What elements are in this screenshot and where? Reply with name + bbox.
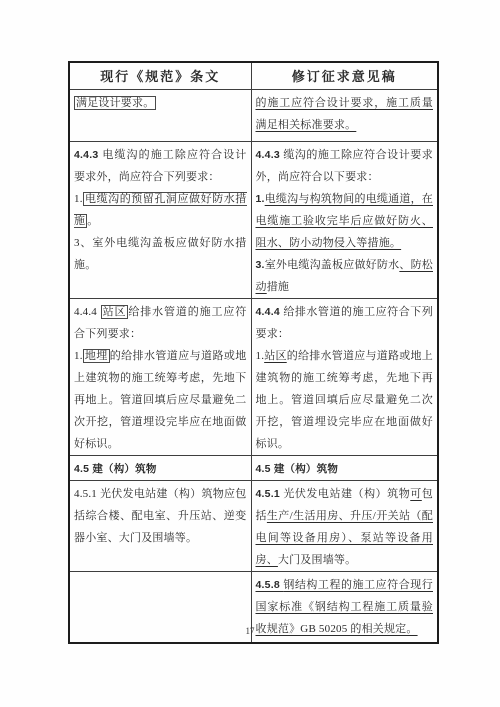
column-header-revised: 修订征求意见稿 <box>251 62 438 89</box>
paragraph: 1.地埋的给排水管道应与道路或地上建筑物的施工统筹考虑，先地下再地上。管道回填后… <box>74 345 247 455</box>
column-header-current: 现行《规范》条文 <box>69 62 251 89</box>
text-run: 4.5 <box>74 463 92 475</box>
text-run: 大门及围墙等。 <box>278 554 356 566</box>
cell-current: 4.4.3 电缆沟的施工除应符合设计要求外，尚应符合下列要求：1.电缆沟的预留孔… <box>69 141 251 298</box>
text-run: 4.4.3 <box>74 149 102 161</box>
page-number: 17 <box>0 626 500 636</box>
paragraph: 3、室外电缆沟盖板应做好防水措施。 <box>74 232 247 276</box>
text-run: 光伏发电站建（构）筑物应包括综合楼、配电室、升压站、逆变器小室、大门及围墙等。 <box>74 488 247 544</box>
paragraph: 3.室外电缆沟盖板应做好防水、防松动措施 <box>256 254 434 298</box>
paragraph: 4.5.1 光伏发电站建（构）筑物可包括生产/生活用房、升压/开关站（配电间等设… <box>256 483 434 571</box>
table-row: 4.5.1 光伏发电站建（构）筑物应包括综合楼、配电室、升压站、逆变器小室、大门… <box>69 480 438 571</box>
text-run: 4.5.1 <box>256 488 284 500</box>
cell-current: 4.5.1 光伏发电站建（构）筑物应包括综合楼、配电室、升压站、逆变器小室、大门… <box>69 480 251 571</box>
table-header-row: 现行《规范》条文 修订征求意见稿 <box>69 62 438 89</box>
text-run: 措施 <box>267 281 289 293</box>
text-run: 3. <box>256 259 265 271</box>
cell-revised: 4.4.4 给排水管道的施工应符合下列要求：1.站区的给排水管道应与道路或地上建… <box>251 298 438 455</box>
cell-current: 4.5 建（构）筑物 <box>69 455 251 480</box>
comparison-table: 现行《规范》条文 修订征求意见稿 满足设计要求。的施工应符合设计要求，施工质量满… <box>68 61 439 644</box>
paragraph: 4.5 建（构）筑物 <box>74 458 247 480</box>
cell-revised: 4.4.3 缆沟的施工除应符合设计要求外，尚应符合以下要求：1.电缆沟与构筑物间… <box>251 141 438 298</box>
text-run: 站区 <box>264 350 287 362</box>
table-row: 4.4.4 站区给排水管道的施工应符合下列要求：1.地埋的给排水管道应与道路或地… <box>69 298 438 455</box>
table-row: 4.4.3 电缆沟的施工除应符合设计要求外，尚应符合下列要求：1.电缆沟的预留孔… <box>69 141 438 298</box>
text-run: 。 <box>87 215 98 227</box>
text-run: 的给排水管道应与道路或地上建筑物的施工统筹考虑，先地下再地上。管道回填后应尽量避… <box>256 350 434 450</box>
text-run: 光伏发电站建（构）筑物 <box>283 488 410 500</box>
text-run: 满足设计要求。 <box>74 96 156 110</box>
cell-current: 满足设计要求。 <box>69 89 251 141</box>
text-run: 1. <box>256 193 265 205</box>
text-run: 可 <box>410 488 422 500</box>
text-run: 站区 <box>101 305 129 319</box>
text-run: 的给排水管道应与道路或地上建筑物的施工统筹考虑，先地下再地上。管道回填后应尽量避… <box>74 350 247 450</box>
text-run: 缆沟的施工除应符合设计要求外，尚应符合以下要求： <box>256 149 433 183</box>
cell-revised: 4.5.1 光伏发电站建（构）筑物可包括生产/生活用房、升压/开关站（配电间等设… <box>251 480 438 571</box>
text-run: 1. <box>74 193 83 205</box>
text-run: 4.5 <box>256 463 274 475</box>
table-row: 4.5 建（构）筑物4.5 建（构）筑物 <box>69 455 438 480</box>
text-run: 4.5.8 <box>256 579 284 591</box>
text-run: 地埋 <box>83 349 110 363</box>
cell-revised: 的施工应符合设计要求，施工质量满足相关标准要求。 <box>251 89 438 141</box>
text-run: 4.4.4 <box>74 306 101 318</box>
text-run: 的施工应符合设计要求，施工质量满足相关标准要求。 <box>256 97 434 131</box>
table-row: 满足设计要求。的施工应符合设计要求，施工质量满足相关标准要求。 <box>69 89 438 141</box>
text-run: 1. <box>256 350 265 362</box>
text-run: 4.5.1 <box>74 488 100 500</box>
text-run: 4.4.3 <box>256 149 284 161</box>
paragraph: 4.5 建（构）筑物 <box>256 458 434 480</box>
text-run: 4.4.4 <box>256 306 284 318</box>
paragraph: 1.电缆沟的预留孔洞应做好防水措施。 <box>74 188 247 232</box>
text-run: 建（构）筑物 <box>274 463 338 475</box>
text-run: 室外电缆沟盖板应做好防水 <box>265 259 400 271</box>
cell-current: 4.4.4 站区给排水管道的施工应符合下列要求：1.地埋的给排水管道应与道路或地… <box>69 298 251 455</box>
text-run: 建（构）筑物 <box>92 463 156 475</box>
document-page: 现行《规范》条文 修订征求意见稿 满足设计要求。的施工应符合设计要求，施工质量满… <box>0 0 500 707</box>
paragraph: 4.5.1 光伏发电站建（构）筑物应包括综合楼、配电室、升压站、逆变器小室、大门… <box>74 483 247 549</box>
paragraph: 4.4.4 站区给排水管道的施工应符合下列要求： <box>74 301 247 345</box>
text-run: 电缆沟与构筑物间的电缆通道，在电缆施工验收完毕后应做好防火、阻水、防小动物侵入等… <box>256 193 434 249</box>
paragraph: 的施工应符合设计要求，施工质量满足相关标准要求。 <box>256 92 434 136</box>
paragraph: 4.4.3 电缆沟的施工除应符合设计要求外，尚应符合下列要求： <box>74 144 247 188</box>
paragraph: 4.4.4 给排水管道的施工应符合下列要求： <box>256 301 434 345</box>
text-run: 3、室外电缆沟盖板应做好防水措施。 <box>74 237 247 271</box>
text-run: 1. <box>74 350 83 362</box>
paragraph: 1.电缆沟与构筑物间的电缆通道，在电缆施工验收完毕后应做好防火、阻水、防小动物侵… <box>256 188 434 254</box>
text-run: 给排水管道的施工应符合下列要求： <box>256 306 433 340</box>
paragraph: 满足设计要求。 <box>74 92 247 114</box>
paragraph: 4.4.3 缆沟的施工除应符合设计要求外，尚应符合以下要求： <box>256 144 434 188</box>
cell-revised: 4.5 建（构）筑物 <box>251 455 438 480</box>
text-run: 电缆沟的预留孔洞应做好防水措施 <box>74 192 247 228</box>
paragraph: 1.站区的给排水管道应与道路或地上建筑物的施工统筹考虑，先地下再地上。管道回填后… <box>256 345 434 455</box>
table-body: 满足设计要求。的施工应符合设计要求，施工质量满足相关标准要求。4.4.3 电缆沟… <box>69 89 438 643</box>
